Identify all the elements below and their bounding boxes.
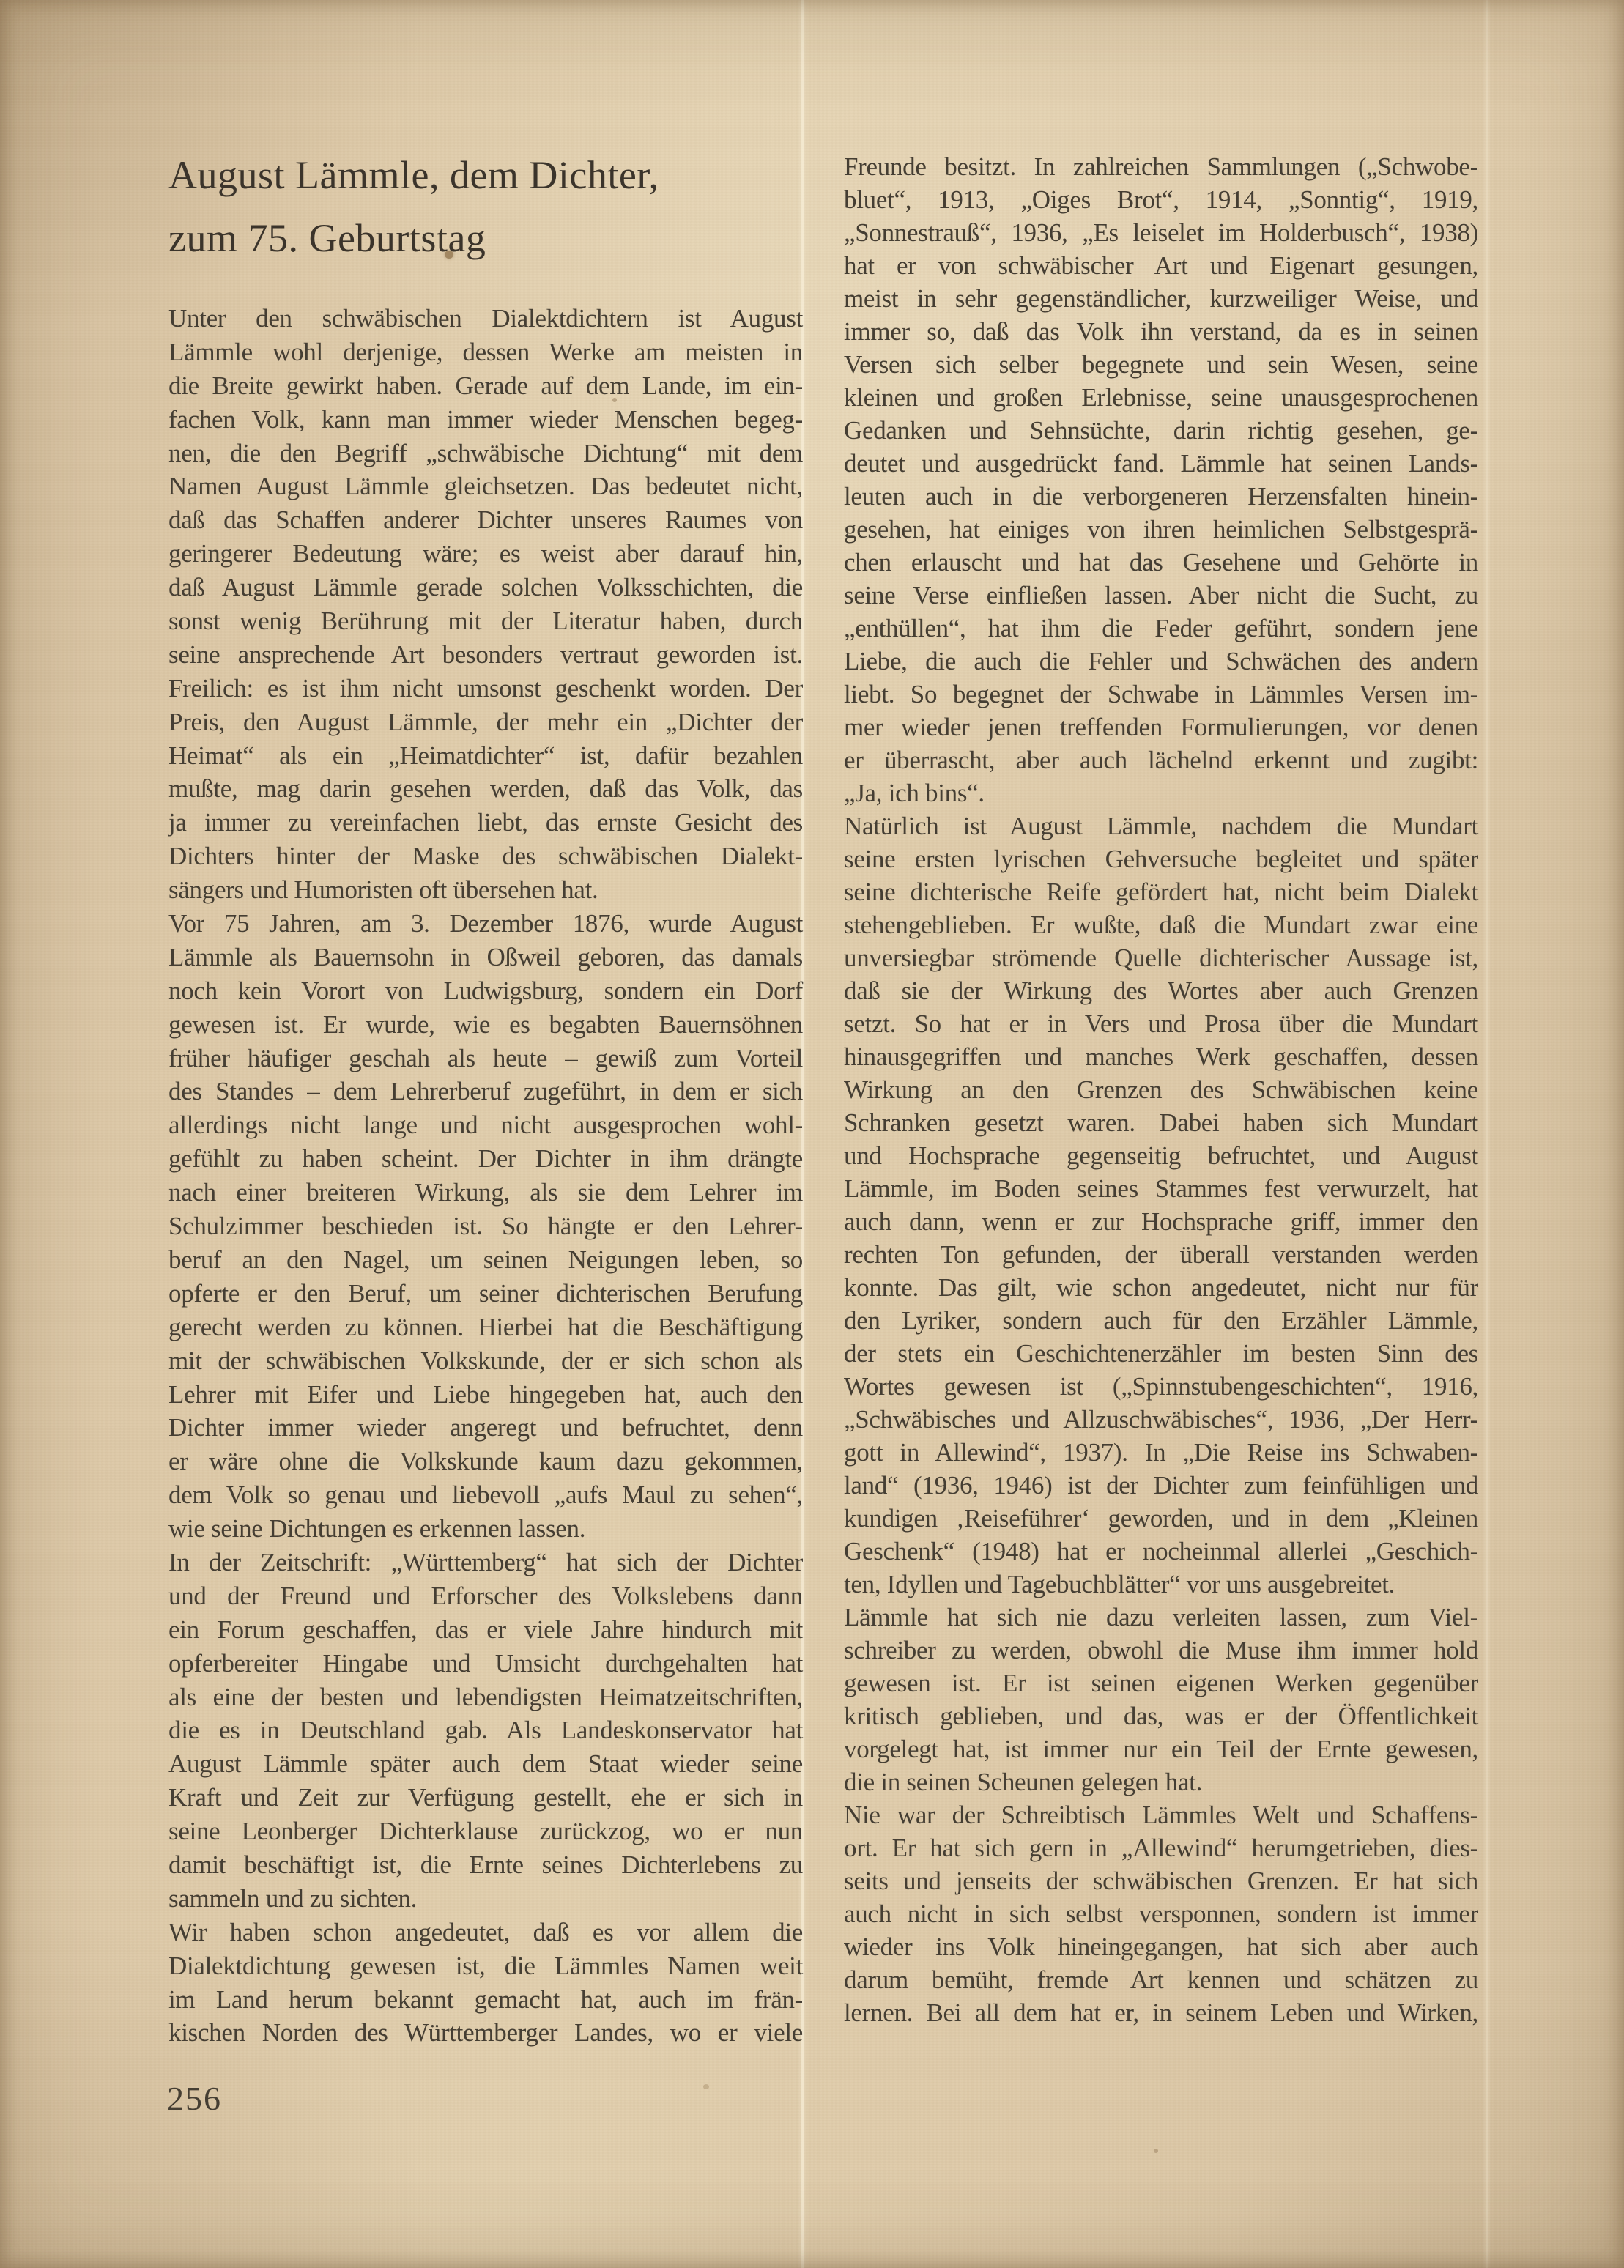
scan-edge-vignette	[0, 0, 1624, 2268]
